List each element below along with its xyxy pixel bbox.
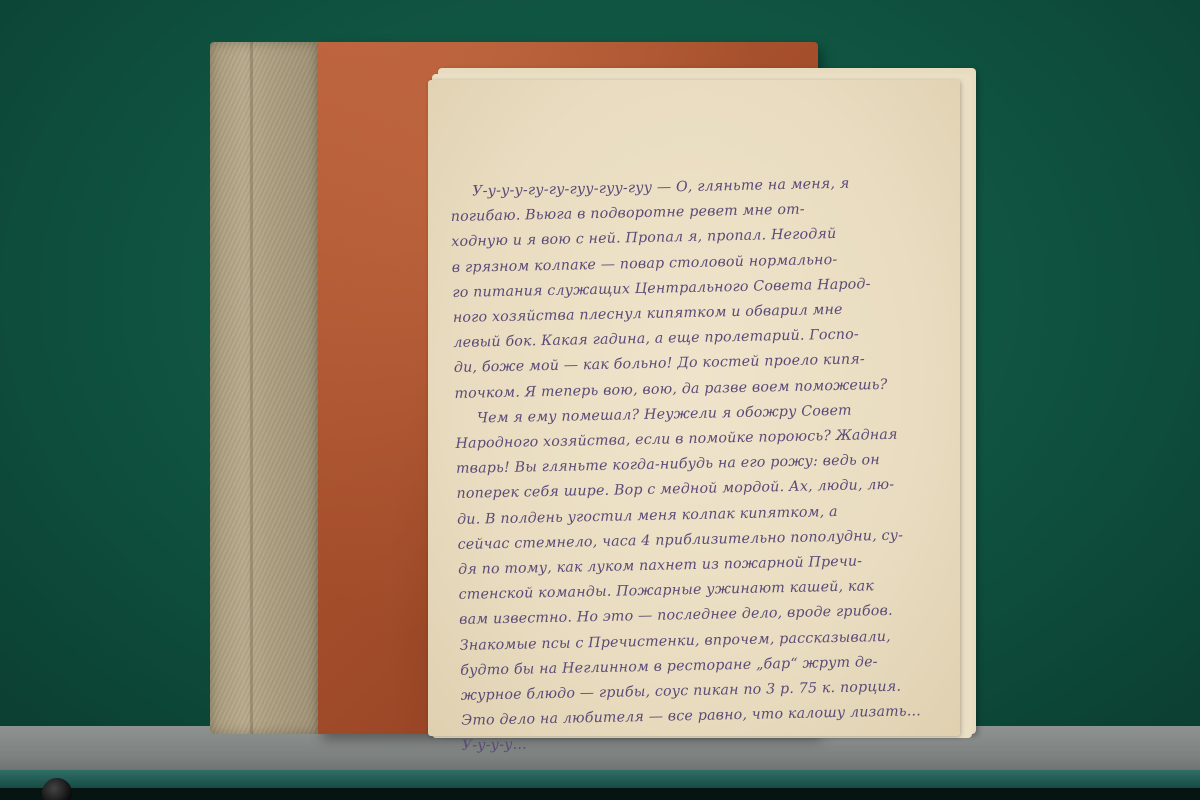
spine-ridge bbox=[250, 42, 253, 734]
shelf-knob bbox=[42, 778, 72, 800]
handwritten-text: У-у-у-у-гу-гу-гуу-гуу-гуу — О, гляньте н… bbox=[450, 170, 962, 760]
shelf-edge bbox=[0, 770, 1200, 788]
shelf-shadow bbox=[0, 788, 1200, 800]
manuscript-page: У-у-у-у-гу-гу-гуу-гуу-гуу — О, гляньте н… bbox=[428, 80, 960, 736]
book-cloth-spine bbox=[210, 42, 320, 734]
